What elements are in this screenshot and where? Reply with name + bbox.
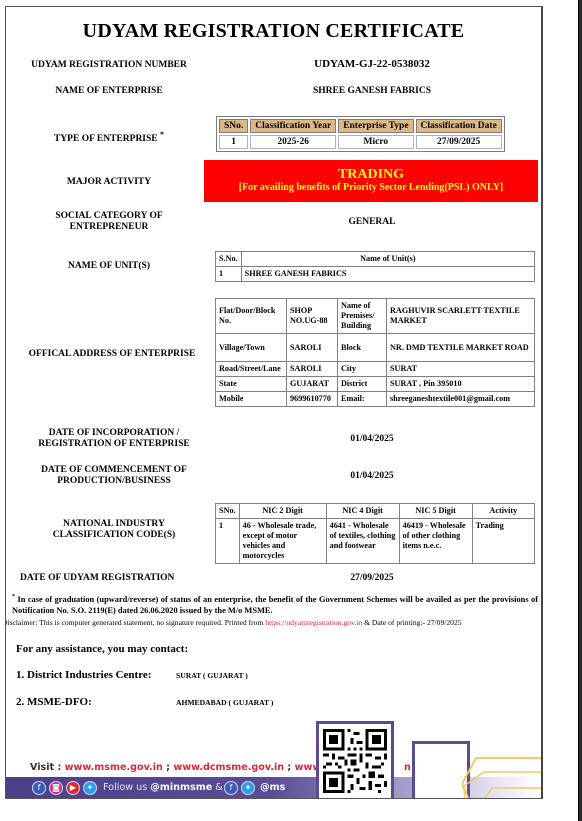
enterprise-name-label: NAME OF ENTERPRISE <box>14 86 204 97</box>
dic-value: SURAT ( GUJARAT ) <box>176 671 248 680</box>
major-activity-value: TRADING <box>204 167 538 182</box>
commencement-label: DATE OF COMMENCEMENT OF PRODUCTION/BUSIN… <box>14 465 214 487</box>
msme-link[interactable]: www.msme.gov.in <box>65 762 163 773</box>
hexagon-decoration <box>462 742 543 799</box>
qr-code <box>316 721 394 799</box>
col-classification-year: Classification Year <box>250 119 336 133</box>
enterprise-name-value: SHREE GANESH FABRICS <box>256 86 488 96</box>
table-row: State GUJARAT District SURAT , Pin 39501… <box>216 377 535 392</box>
facebook-icon[interactable]: f <box>224 781 238 795</box>
registration-number-label: UDYAM REGISTRATION NUMBER <box>14 60 204 71</box>
udyam-date-value: 27/09/2025 <box>256 573 488 583</box>
udyam-portal-link[interactable]: https://udyamregistration.gov.in <box>265 618 362 627</box>
udyam-date-label: DATE OF UDYAM REGISTRATION <box>20 573 200 584</box>
disclaimer: Disclaimer: This is computer generated s… <box>5 618 543 627</box>
table-row: Flat/Door/Block No. SHOP NO.UG-88 Name o… <box>216 299 535 334</box>
twitter-icon[interactable]: ✦ <box>83 781 97 795</box>
dcmsme-link[interactable]: www.dcmsme.gov.in <box>173 762 284 773</box>
table-row: 1 46 - Wholesale trade, except of motor … <box>216 519 535 564</box>
col-enterprise-type: Enterprise Type <box>338 119 413 133</box>
follow-handle-2: @ms <box>260 782 285 793</box>
registration-number-value: UDYAM-GJ-22-0538032 <box>256 58 488 70</box>
instagram-icon[interactable]: ◙ <box>49 781 63 795</box>
nic-table: SNo. NIC 2 Digit NIC 4 Digit NIC 5 Digit… <box>215 503 535 564</box>
assistance-heading: For any assistance, you may contact: <box>16 643 188 655</box>
pdf-viewer: UDYAM REGISTRATION CERTIFICATE UDYAM REG… <box>0 0 579 821</box>
incorporation-label: DATE OF INCORPORATION / REGISTRATION OF … <box>14 428 214 450</box>
social-category-label: SOCIAL CATEGORY OF ENTREPRENEUR <box>14 211 204 233</box>
certificate-title: UDYAM REGISTRATION CERTIFICATE <box>6 20 541 43</box>
youtube-icon[interactable]: ▶ <box>66 781 80 795</box>
certificate-page: UDYAM REGISTRATION CERTIFICATE UDYAM REG… <box>5 6 543 799</box>
dfo-value: AHMEDABAD ( GUJARAT ) <box>176 698 273 707</box>
graduation-footnote: * In case of graduation (upward/reverse)… <box>12 592 538 616</box>
social-category-value: GENERAL <box>256 217 488 227</box>
col-classification-date: Classification Date <box>416 119 502 133</box>
units-table: S.No. Name of Unit(s) 1 SHREE GANESH FAB… <box>215 251 535 282</box>
col-sno: SNo. <box>219 119 248 133</box>
nic-label: NATIONAL INDUSTRY CLASSIFICATION CODE(S) <box>14 519 214 541</box>
major-activity-label: MAJOR ACTIVITY <box>14 177 204 188</box>
follow-text: Follow us @minmsme & <box>103 782 223 793</box>
table-row: 1 SHREE GANESH FABRICS <box>216 267 535 282</box>
table-row: Mobile 9699610770 Email: shreeganeshtext… <box>216 392 535 407</box>
dic-label: 1. District Industries Centre: <box>16 669 151 681</box>
twitter-icon[interactable]: ✦ <box>241 781 255 795</box>
units-label: NAME OF UNIT(S) <box>14 261 204 272</box>
incorporation-value: 01/04/2025 <box>256 434 488 444</box>
table-row: Road/Street/Lane SAROLI City SURAT <box>216 362 535 377</box>
psl-note: [For availing benefits of Priority Secto… <box>204 182 538 194</box>
major-activity-banner: TRADING [For availing benefits of Priori… <box>204 160 538 202</box>
facebook-icon[interactable]: f <box>32 781 46 795</box>
type-of-enterprise-label: TYPE OF ENTERPRISE * <box>14 129 204 145</box>
commencement-value: 01/04/2025 <box>256 471 488 481</box>
visit-links: Visit : www.msme.gov.in ; www.dcmsme.gov… <box>30 762 324 773</box>
table-row: Village/Town SAROLI Block NR. DMD TEXTIL… <box>216 334 535 362</box>
dfo-label: 2. MSME-DFO: <box>16 696 92 708</box>
address-table: Flat/Door/Block No. SHOP NO.UG-88 Name o… <box>215 298 535 407</box>
address-label: OFFICAL ADDRESS OF ENTERPRISE <box>12 349 212 360</box>
email-value: shreeganeshtextile001@gmail.com <box>387 392 535 407</box>
table-row: 1 2025-26 Micro 27/09/2025 <box>219 135 502 149</box>
enterprise-type-table: SNo. Classification Year Enterprise Type… <box>216 116 505 152</box>
